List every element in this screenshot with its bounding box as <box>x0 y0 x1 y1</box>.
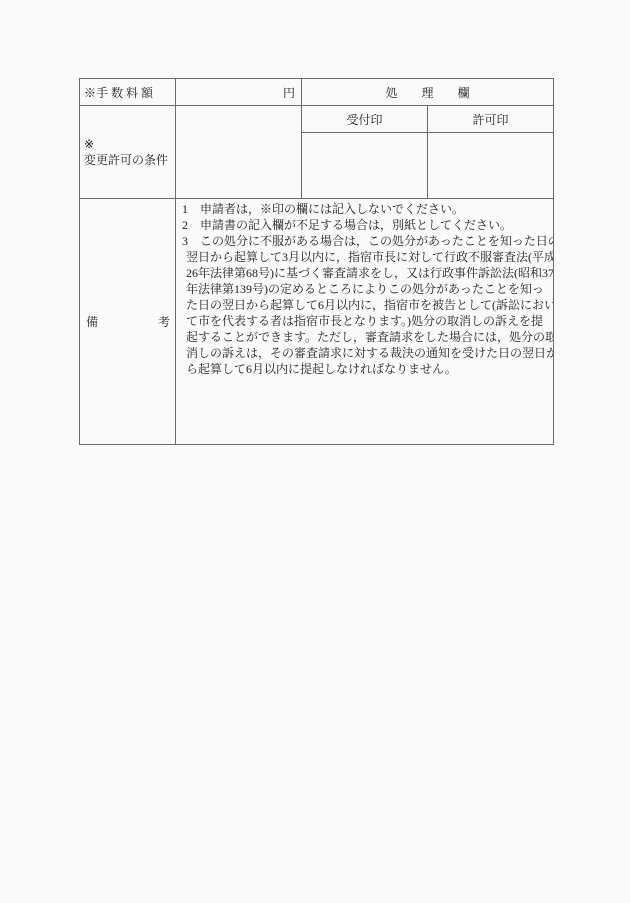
remark-note-2: 2 申請書の記入欄が不足する場合は，別紙としてください。 <box>182 217 549 233</box>
yen-unit-label: 円 <box>283 86 295 100</box>
application-form-table: ※手 数 料 額 円 処 理 欄 ※ 変更許可の条件 受付印 許可印 備 考 <box>79 78 554 445</box>
processing-column-header: 処 理 欄 <box>302 79 554 106</box>
remark-note-3-line-8: 消しの訴えは，その審査請求に対する裁決の通知を受けた日の翌日か <box>182 345 549 361</box>
permit-stamp-label-text: 許可印 <box>473 113 509 127</box>
remark-note-3-line-1: 3 この処分に不服がある場合は，この処分があったことを知った日の <box>182 233 549 249</box>
remark-note-3-line-3: 26年法律第68号)に基づく審査請求をし，又は行政事件訴訟法(昭和37 <box>182 265 549 281</box>
document-page: { "page": { "background": "#fafafa" }, "… <box>0 0 630 903</box>
fee-amount-label-text: ※手 数 料 額 <box>84 86 153 100</box>
remark-note-3-line-7: 起することができます。ただし，審査請求をした場合には，処分の取 <box>182 329 549 345</box>
reception-stamp-label: 受付印 <box>302 106 428 133</box>
processing-column-header-text: 処 理 欄 <box>386 86 470 100</box>
conditions-blank-field <box>176 106 302 199</box>
permit-stamp-label: 許可印 <box>428 106 554 133</box>
permit-stamp-area <box>428 133 554 199</box>
conditions-mark: ※ <box>84 136 171 152</box>
remarks-label-cell: 備 考 <box>80 199 176 445</box>
remark-note-3-line-6: て市を代表する者は指宿市長となります。)処分の取消しの訴えを提 <box>182 313 549 329</box>
remark-note-3-line-5: た日の翌日から起算して6月以内に，指宿市を被告として(訴訟におい <box>182 297 549 313</box>
fee-amount-field: 円 <box>176 79 302 106</box>
remarks-label-text: 備 考 <box>86 315 170 329</box>
stamp-header-row: ※ 変更許可の条件 受付印 許可印 <box>80 106 554 133</box>
remark-note-3-line-4: 年法律第139号)の定めるところによりこの処分があったことを知っ <box>182 281 549 297</box>
remark-note-1: 1 申請者は，※印の欄には記入しないでください。 <box>182 201 549 217</box>
change-permit-conditions-cell: ※ 変更許可の条件 <box>80 106 176 199</box>
remark-note-3-line-2: 翌日から起算して3月以内に，指宿市長に対して行政不服審査法(平成 <box>182 249 549 265</box>
fee-row: ※手 数 料 額 円 処 理 欄 <box>80 79 554 106</box>
conditions-label: 変更許可の条件 <box>84 152 171 168</box>
fee-amount-label: ※手 数 料 額 <box>80 79 176 106</box>
remark-note-3-line-9: ら起算して6月以内に提起しなければなりません。 <box>182 361 549 377</box>
remarks-content-cell: 1 申請者は，※印の欄には記入しないでください。 2 申請書の記入欄が不足する場… <box>176 199 554 445</box>
reception-stamp-label-text: 受付印 <box>346 113 382 127</box>
reception-stamp-area <box>302 133 428 199</box>
remarks-row: 備 考 1 申請者は，※印の欄には記入しないでください。 2 申請書の記入欄が不… <box>80 199 554 445</box>
